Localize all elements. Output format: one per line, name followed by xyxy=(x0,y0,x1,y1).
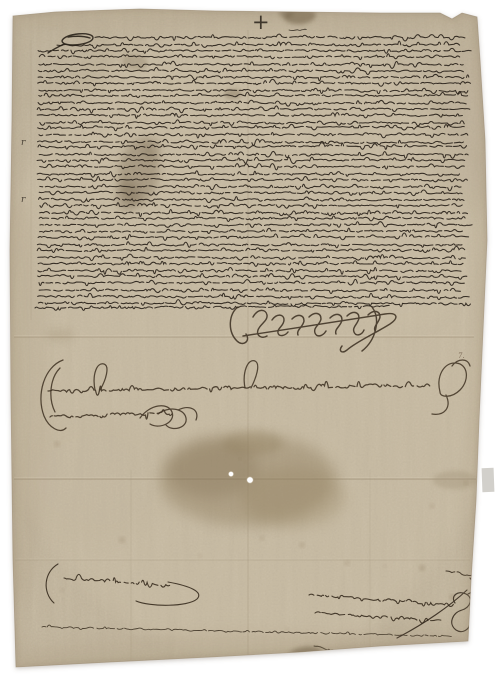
foxing-spot xyxy=(384,565,387,568)
stain xyxy=(241,467,345,527)
foxing-spot xyxy=(250,457,252,459)
marginal-letter-2: r xyxy=(21,195,26,205)
foxing-spot xyxy=(239,458,241,460)
stain xyxy=(433,471,477,489)
manuscript-image: + 7. r r xyxy=(0,0,500,683)
foxing-spot xyxy=(300,543,304,547)
marginal-letter-1: r xyxy=(21,138,26,148)
foxing-spot xyxy=(286,628,288,630)
paper-loss-hole xyxy=(228,471,233,476)
foxing-spot xyxy=(420,566,425,571)
foxing-spot xyxy=(120,538,125,543)
stain xyxy=(142,136,162,160)
paper-loss-hole xyxy=(247,477,253,483)
foxing-spot xyxy=(430,504,434,508)
foxing-spot xyxy=(450,595,454,599)
foxing-spot xyxy=(55,442,59,446)
foxing-spot xyxy=(464,481,467,484)
tape-fragment xyxy=(482,468,495,492)
foxing-spot xyxy=(349,96,352,99)
foxing-spot xyxy=(260,536,264,540)
photograph-of-manuscript: Yo la Reyna dense block of cursive proce… xyxy=(0,0,500,683)
archival-number: 7. xyxy=(458,352,465,360)
foxing-spot xyxy=(244,461,246,463)
foxing-spot xyxy=(61,589,64,592)
foxing-spot xyxy=(415,89,417,91)
stain xyxy=(116,180,140,212)
foxing-spot xyxy=(345,561,349,565)
stain xyxy=(223,431,283,455)
invocation-cross-icon: + xyxy=(252,10,270,34)
foxing-spot xyxy=(199,555,202,558)
stain xyxy=(46,329,74,341)
